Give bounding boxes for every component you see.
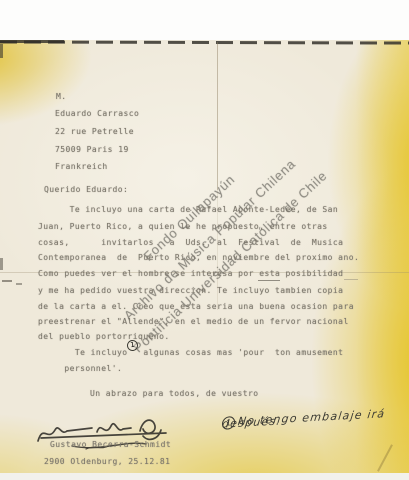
body-line: cosas, invitarlos a Uds. al Festival de … [38, 238, 343, 247]
body-line: y me ha pedido vuestra direccion. Te inc… [38, 286, 343, 295]
crease-dash-mark [2, 280, 12, 282]
recipient-salutation-prefix: M. [56, 92, 67, 101]
left-edge-mark [0, 258, 3, 270]
body-line: personnel'. [38, 364, 122, 373]
body-line: del pueblo portorriqueno. [38, 332, 170, 341]
signature-place-date: 2900 Oldenburg, 25.12.81 [44, 457, 170, 466]
body-line: de la carta a el. Creo que esta seria un… [38, 302, 354, 311]
closing-line: Un abrazo para todos, de vuestro [90, 389, 259, 398]
vertical-fold-crease [217, 42, 218, 190]
recipient-name: Eduardo Carrasco [55, 109, 139, 118]
underline-mark [258, 280, 280, 281]
body-line: Juan, Puerto Rico, a quien le he propues… [38, 222, 328, 231]
body-line: Contemporanea de Puerto Rico, en noviemb… [38, 253, 359, 262]
greeting: Querido Eduardo: [44, 185, 128, 194]
body-line: Te incluyo una carta de Rafael Aponte-Le… [38, 205, 338, 214]
recipient-city: 75009 Paris 19 [55, 145, 129, 154]
body-line: Como puedes ver el hombre se interesa po… [38, 269, 343, 278]
recipient-street: 22 rue Petrelle [55, 127, 134, 136]
body-line: Te incluyo algunas cosas mas 'pour ton a… [38, 348, 343, 357]
recipient-country: Frankreich [55, 162, 108, 171]
paper-top-edge-line-left [0, 40, 64, 43]
scan-bottom-strip [0, 473, 409, 480]
scanned-letter-page: Fondo Quilapayún Archivo de Música Popul… [0, 0, 409, 480]
underline-mark [344, 279, 358, 280]
body-line: preestrenar el "Allende", en el medio de… [38, 317, 349, 326]
signature-name: Gustavo Becerra-Schmidt [50, 440, 171, 449]
left-edge-mark [0, 44, 3, 58]
crease-dash-mark [16, 283, 22, 285]
